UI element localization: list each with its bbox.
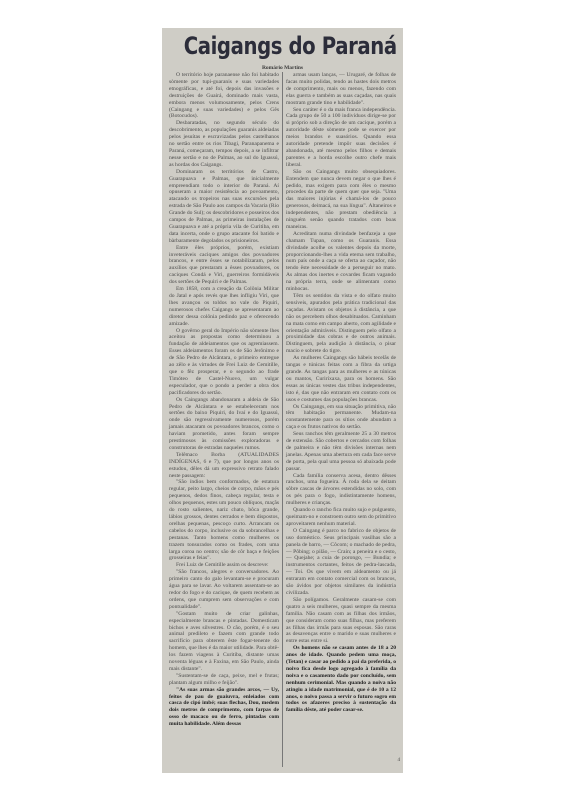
article-paragraph: Os Caingangs, em sua situação primitiva,…	[286, 404, 396, 432]
article-paragraph: Dominaram os territórios de Castro, Guar…	[169, 169, 279, 245]
article-paragraph: Têm os sentidos da vista e do olfato mui…	[286, 293, 396, 355]
article-paragraph: Seu caráter é o da mais franca independê…	[286, 107, 396, 169]
article-body: O território hoje paranaense não foi hab…	[167, 72, 398, 767]
article-paragraph: São polígamos. Geralmente casam-se com q…	[286, 597, 396, 645]
article-paragraph: São os Caingangs muito obsequiadores. En…	[286, 169, 396, 231]
article-paragraph: Entre êles próprios, porém, existiam inv…	[169, 245, 279, 286]
end-mark: 4	[398, 758, 401, 763]
article-paragraph: O govêrno geral do Império não sòmente l…	[169, 328, 279, 397]
article-byline: Romário Martins	[162, 65, 403, 71]
article-paragraph: Cada família conserva acesa, dentro dêss…	[286, 473, 396, 508]
article-paragraph: O território hoje paranaense não foi hab…	[169, 72, 279, 120]
article-paragraph: Acreditam numa divindade benfazeja a que…	[286, 231, 396, 293]
newspaper-clipping: Caigangs do Paraná Romário Martins O ter…	[162, 28, 403, 773]
article-paragraph: "São francos, alegres e conversadores. A…	[169, 569, 279, 610]
article-paragraph: armas usam lanças, — Urugaré, de folhas …	[286, 72, 396, 107]
right-column: armas usam lanças, — Urugaré, de folhas …	[283, 72, 398, 767]
article-paragraph: Quando o rancho fica muito sujo e pulgue…	[286, 507, 396, 528]
article-paragraph: "As suas armas são grandes arcos, — Uy, …	[169, 687, 279, 728]
article-paragraph: "Sustentam-se de caça, peixe, mel e frut…	[169, 673, 279, 687]
article-paragraph: Em 1858, com a creação da Colônia Milita…	[169, 286, 279, 327]
left-column: O território hoje paranaense não foi hab…	[167, 72, 283, 767]
article-title: Caigangs do Paraná	[184, 32, 382, 60]
article-paragraph: O Caingang é parco no fabrico de objetos…	[286, 528, 396, 597]
article-paragraph: As mulheres Caingangs são hábeis tecelãs…	[286, 355, 396, 403]
article-paragraph: Seus ranchos têm geralmente 25 a 30 metr…	[286, 431, 396, 472]
article-paragraph: Telêmaco Borba (ATUALIDADES INDÍGENAS, 6…	[169, 452, 279, 480]
article-paragraph: "São índios bem conformados, de estatura…	[169, 479, 279, 562]
article-paragraph: Os Caingangs abandonaram a aldeia de São…	[169, 397, 279, 452]
article-paragraph: "Gostam muito de criar galinhas, especia…	[169, 611, 279, 673]
article-paragraph: Desbaratadas, no segundo século do desco…	[169, 120, 279, 168]
article-paragraph: Os homens não se casam antes de 18 a 20 …	[286, 645, 396, 714]
